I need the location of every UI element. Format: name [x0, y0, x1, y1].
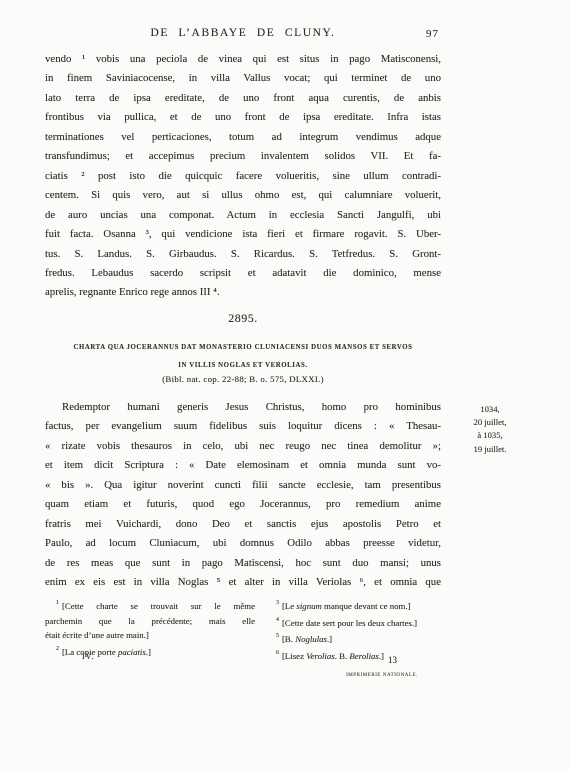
footnote-line: était écrite d’une autre main.] — [45, 628, 255, 643]
footnote-line: parchemin que la précédente; mais elle — [45, 614, 255, 629]
footnote-marker: 3 — [276, 600, 279, 606]
printer-imprint: IMPRIMERIE NATIONALE. — [302, 673, 462, 678]
footnotes: 1[Cette charte se trouvait sur le même p… — [45, 597, 445, 663]
margin-date-line: 19 juillet. — [457, 443, 523, 456]
text-line: de res meas que sunt in pago Matiscensi,… — [45, 554, 441, 573]
footnote-marker: 5 — [276, 633, 279, 639]
footnote-text: était écrite d’une autre main.] — [45, 630, 149, 640]
margin-date-note: 1034, 20 juillet, à 1035, 19 juillet. — [457, 403, 523, 456]
margin-date-line: à 1035, — [457, 429, 523, 442]
text-line: factus, per evangelium suum fidelibus su… — [45, 417, 441, 436]
charter-title-line: IN VILLIS NOGLAS ET VEROLIAS. — [25, 357, 461, 375]
text-line: in finem Saviniacocense, in villa Vallus… — [45, 69, 441, 88]
footnote-line: 4[Cette date sert pour les deux chartes.… — [265, 614, 445, 631]
charter-number: 2895. — [45, 311, 441, 326]
charter-title: CHARTA QUA JOCERANNUS DAT MONASTERIO CLU… — [25, 339, 461, 374]
footnotes-right-column: 3[Le signum manque devant ce nom.] 4[Cet… — [265, 597, 445, 663]
text-line: fratris mei Vuichardi, dono Deo et sanct… — [45, 515, 441, 534]
charter-2895-text: Redemptor humani generis Jesus Christus,… — [45, 398, 441, 593]
text-line: lato terra de ipsa ereditate, de uno fro… — [45, 89, 441, 108]
text-line: fuit facta. Osanna ³, qui vendicione ist… — [45, 225, 441, 244]
scanned-book-page: DE L’ABBAYE DE CLUNY. 97 vendo ¹ vobis u… — [0, 0, 570, 770]
text-line: transfundimus; et accepimus precium inva… — [45, 147, 441, 166]
footnote-text: [Le signum manque devant ce nom.] — [282, 601, 411, 611]
footnote-text: [La copie porte paciatis.] — [62, 647, 151, 657]
footnote-line: 5[B. Noglulas.] — [265, 630, 445, 647]
text-line: aprelis, regnante Enrico rege annos III … — [45, 283, 441, 302]
text-line: fredus. Lebaudus sacerdo scripsit et ada… — [45, 264, 441, 283]
footnote-marker: 2 — [56, 646, 59, 652]
text-line: frontibus via pullica, et de uno front d… — [45, 108, 441, 127]
text-line: Redemptor humani generis Jesus Christus,… — [45, 398, 441, 417]
text-line: centem. Si quis vero, aut si ullus ohmo … — [45, 186, 441, 205]
running-header: DE L’ABBAYE DE CLUNY. 97 — [45, 27, 441, 43]
footnotes-left-column: 1[Cette charte se trouvait sur le même p… — [45, 597, 255, 663]
footnote-marker: 4 — [276, 617, 279, 623]
charter-title-line: CHARTA QUA JOCERANNUS DAT MONASTERIO CLU… — [25, 339, 461, 357]
text-line: de auro uncias una componat. Actum in ec… — [45, 206, 441, 225]
footnote-text: [B. Noglulas.] — [282, 634, 332, 644]
margin-date-line: 1034, — [457, 403, 523, 416]
text-line: terminationes vel perticaciones, totum a… — [45, 128, 441, 147]
footnote-marker: 6 — [276, 650, 279, 656]
footnote-text: [Lisez Verolias. B. Berolias.] — [282, 650, 384, 660]
margin-date-line: 20 juillet, — [457, 416, 523, 429]
text-line: et item dicit Scriptura : « Date elemosi… — [45, 456, 441, 475]
footnote-text: [Cette date sert pour les deux chartes.] — [282, 617, 417, 627]
running-header-title: DE L’ABBAYE DE CLUNY. — [45, 27, 441, 39]
text-line: vendo ¹ vobis una peciola de vinea qui e… — [45, 50, 441, 69]
text-line: Paulo, ad locum Cluniacum, ubi domnus Od… — [45, 534, 441, 553]
footnote-line: 2[La copie porte paciatis.] — [45, 643, 255, 660]
footnote-marker: 1 — [56, 600, 59, 606]
page-number: 97 — [426, 28, 439, 40]
volume-signature: IV. — [82, 652, 94, 661]
text-line: tus. S. Landus. S. Girbaudus. S. Ricardu… — [45, 245, 441, 264]
footnote-line: 6[Lisez Verolias. B. Berolias.] — [265, 647, 445, 664]
charter-source-reference: (Bibl. nat. cop. 22-88; B. o. 575, DLXXI… — [45, 374, 441, 384]
footnote-text: [Cette charte se trouvait sur le même — [62, 601, 255, 611]
footnote-line: 3[Le signum manque devant ce nom.] — [265, 597, 445, 614]
sheet-number: 13 — [388, 655, 397, 665]
text-line: quam etiam et futuris, quod ego Jocerann… — [45, 495, 441, 514]
text-line: enim ex eis est in villa Noglas ⁵ et alt… — [45, 573, 441, 592]
text-line: « bis ». Qua igitur noverint cuncti fili… — [45, 476, 441, 495]
footnote-text: parchemin que la précédente; mais elle — [45, 616, 255, 626]
footnote-line: 1[Cette charte se trouvait sur le même — [45, 597, 255, 614]
text-line: « rizate vobis thesauros in celo, ubi ne… — [45, 437, 441, 456]
text-line: ciatis ² post isto die quicquic facere v… — [45, 167, 441, 186]
charter-2894-text: vendo ¹ vobis una peciola de vinea qui e… — [45, 50, 441, 303]
